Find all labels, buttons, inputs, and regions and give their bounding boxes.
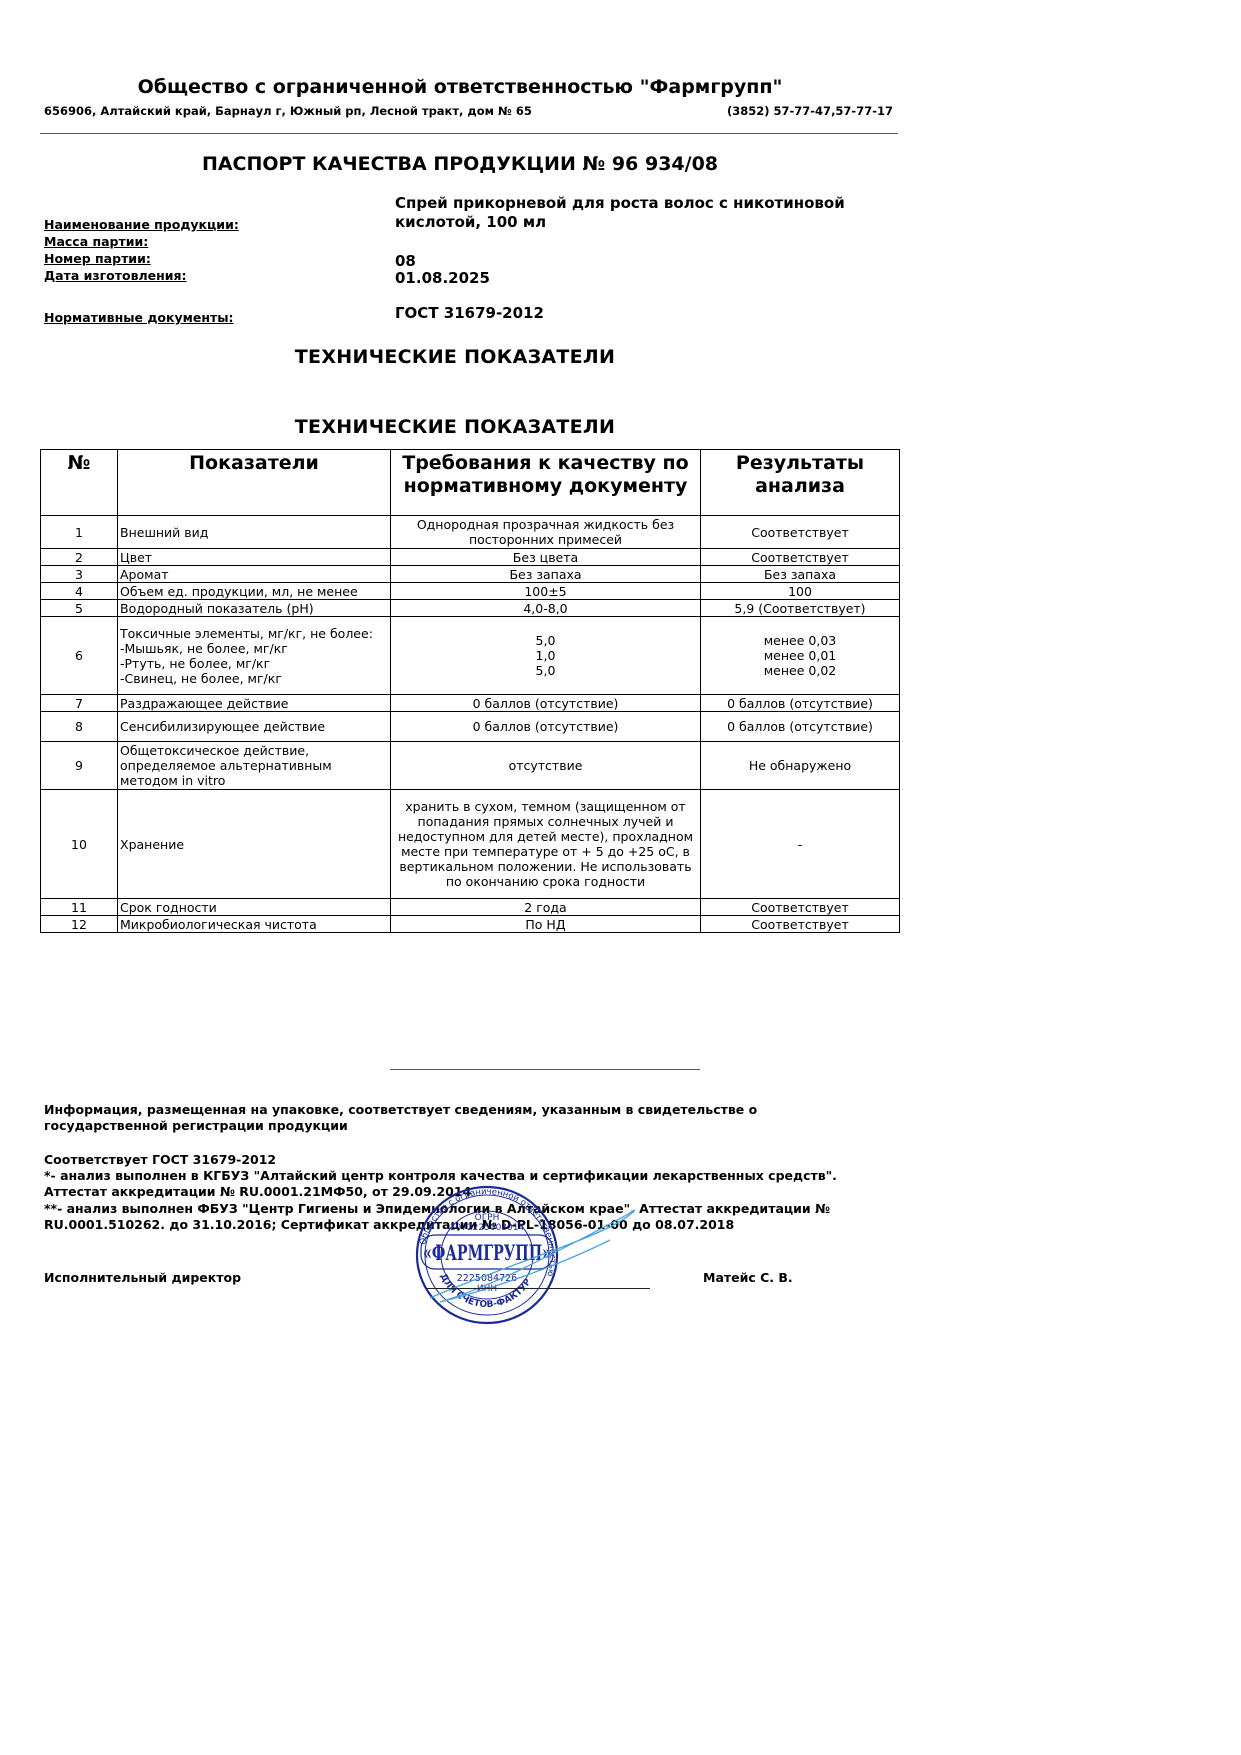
director-label: Исполнительный директор [44, 1270, 241, 1285]
header-requirement: Требования к качеству по нормативному до… [391, 450, 701, 516]
director-name: Матейс С. В. [703, 1270, 793, 1285]
divider-line [390, 1069, 700, 1070]
table-row: 12Микробиологическая чистотаПо НДСоответ… [41, 916, 900, 933]
row-requirement: По НД [391, 916, 701, 933]
product-name-line1: Спрей прикорневой для роста волос с нико… [395, 194, 845, 213]
row-requirement: Без запаха [391, 566, 701, 583]
row-indicator: Объем ед. продукции, мл, не менее [118, 583, 391, 600]
batch-mass-label: Масса партии: [44, 234, 148, 249]
manufacture-date-value: 01.08.2025 [395, 269, 490, 288]
stamp-ogrn: 1072225003014 [450, 1223, 525, 1233]
row-result: Соответствует [701, 916, 900, 933]
row-num: 12 [41, 916, 118, 933]
row-requirement: отсутствие [391, 742, 701, 790]
row-requirement: 0 баллов (отсутствие) [391, 695, 701, 712]
row-result: Соответствует [701, 516, 900, 549]
company-stamp: Общество с ограниченной ответственностью… [410, 1180, 650, 1330]
table-row: 8Сенсибилизирующее действие0 баллов (отс… [41, 712, 900, 742]
batch-number-label: Номер партии: [44, 251, 151, 266]
row-num: 1 [41, 516, 118, 549]
manufacture-date-label: Дата изготовления: [44, 268, 187, 283]
header-indicator: Показатели [118, 450, 391, 516]
row-indicator: Водородный показатель (рН) [118, 600, 391, 617]
row-indicator: Цвет [118, 549, 391, 566]
table-row: 2ЦветБез цветаСоответствует [41, 549, 900, 566]
row-result: Не обнаружено [701, 742, 900, 790]
normative-docs-label: Нормативные документы: [44, 310, 234, 325]
company-address: 656906, Алтайский край, Барнаул г, Южный… [44, 104, 532, 118]
section-title: ТЕХНИЧЕСКИЕ ПОКАЗАТЕЛИ [0, 346, 910, 368]
signature-line [426, 1288, 650, 1289]
section-title-duplicate: ТЕХНИЧЕСКИЕ ПОКАЗАТЕЛИ [0, 416, 910, 433]
row-num: 10 [41, 790, 118, 899]
row-result: 0 баллов (отсутствие) [701, 695, 900, 712]
row-indicator: Токсичные элементы, мг/кг, не более: -Мы… [118, 617, 391, 695]
normative-docs-value: ГОСТ 31679-2012 [395, 304, 544, 323]
row-result: Без запаха [701, 566, 900, 583]
row-num: 4 [41, 583, 118, 600]
row-num: 7 [41, 695, 118, 712]
row-indicator: Сенсибилизирующее действие [118, 712, 391, 742]
table-row: 7Раздражающее действие0 баллов (отсутств… [41, 695, 900, 712]
table-row: 3АроматБез запахаБез запаха [41, 566, 900, 583]
company-name: Общество с ограниченной ответственностью… [0, 76, 920, 98]
row-result: 5,9 (Соответствует) [701, 600, 900, 617]
row-result: Соответствует [701, 549, 900, 566]
row-num: 9 [41, 742, 118, 790]
row-requirement: 0 баллов (отсутствие) [391, 712, 701, 742]
row-indicator: Хранение [118, 790, 391, 899]
table-row: 9Общетоксическое действие, определяемое … [41, 742, 900, 790]
row-indicator: Раздражающее действие [118, 695, 391, 712]
stamp-center-text: «ФАРМГРУПП» [423, 1240, 551, 1265]
row-indicator: Срок годности [118, 899, 391, 916]
row-requirement: 100±5 [391, 583, 701, 600]
row-num: 8 [41, 712, 118, 742]
row-requirement: 5,0 1,0 5,0 [391, 617, 701, 695]
table-row: 11Срок годности2 годаСоответствует [41, 899, 900, 916]
row-indicator: Микробиологическая чистота [118, 916, 391, 933]
row-requirement: Однородная прозрачная жидкость без посто… [391, 516, 701, 549]
row-indicator: Общетоксическое действие, определяемое а… [118, 742, 391, 790]
passport-title: ПАСПОРТ КАЧЕСТВА ПРОДУКЦИИ № 96 934/08 [0, 153, 920, 175]
table-row: 5Водородный показатель (рН)4,0-8,05,9 (С… [41, 600, 900, 617]
header-divider [40, 133, 898, 134]
row-result: 0 баллов (отсутствие) [701, 712, 900, 742]
row-result: - [701, 790, 900, 899]
row-num: 6 [41, 617, 118, 695]
row-requirement: 4,0-8,0 [391, 600, 701, 617]
row-num: 5 [41, 600, 118, 617]
table-row: 6Токсичные элементы, мг/кг, не более: -М… [41, 617, 900, 695]
row-requirement: хранить в сухом, темном (защищенном от п… [391, 790, 701, 899]
row-indicator: Аромат [118, 566, 391, 583]
table-row: 10Хранениехранить в сухом, темном (защищ… [41, 790, 900, 899]
header-num: № [41, 450, 118, 516]
quality-table: № Показатели Требования к качеству по но… [40, 449, 900, 933]
product-name-label: Наименование продукции: [44, 217, 239, 232]
row-result: 100 [701, 583, 900, 600]
row-result: Соответствует [701, 899, 900, 916]
row-num: 3 [41, 566, 118, 583]
table-header-row: № Показатели Требования к качеству по но… [41, 450, 900, 516]
table-row: 4Объем ед. продукции, мл, не менее100±51… [41, 583, 900, 600]
row-num: 11 [41, 899, 118, 916]
row-num: 2 [41, 549, 118, 566]
table-row: 1Внешний видОднородная прозрачная жидкос… [41, 516, 900, 549]
row-indicator: Внешний вид [118, 516, 391, 549]
row-requirement: Без цвета [391, 549, 701, 566]
packaging-note: Информация, размещенная на упаковке, соо… [44, 1102, 844, 1133]
gost-note: Соответствует ГОСТ 31679-2012 [44, 1152, 276, 1168]
header-result: Результаты анализа [701, 450, 900, 516]
row-result: менее 0,03 менее 0,01 менее 0,02 [701, 617, 900, 695]
product-name-line2: кислотой, 100 мл [395, 213, 546, 232]
company-phone: (3852) 57-77-47,57-77-17 [727, 104, 893, 118]
stamp-ogrn-label: ОГРН [475, 1213, 500, 1223]
row-requirement: 2 года [391, 899, 701, 916]
